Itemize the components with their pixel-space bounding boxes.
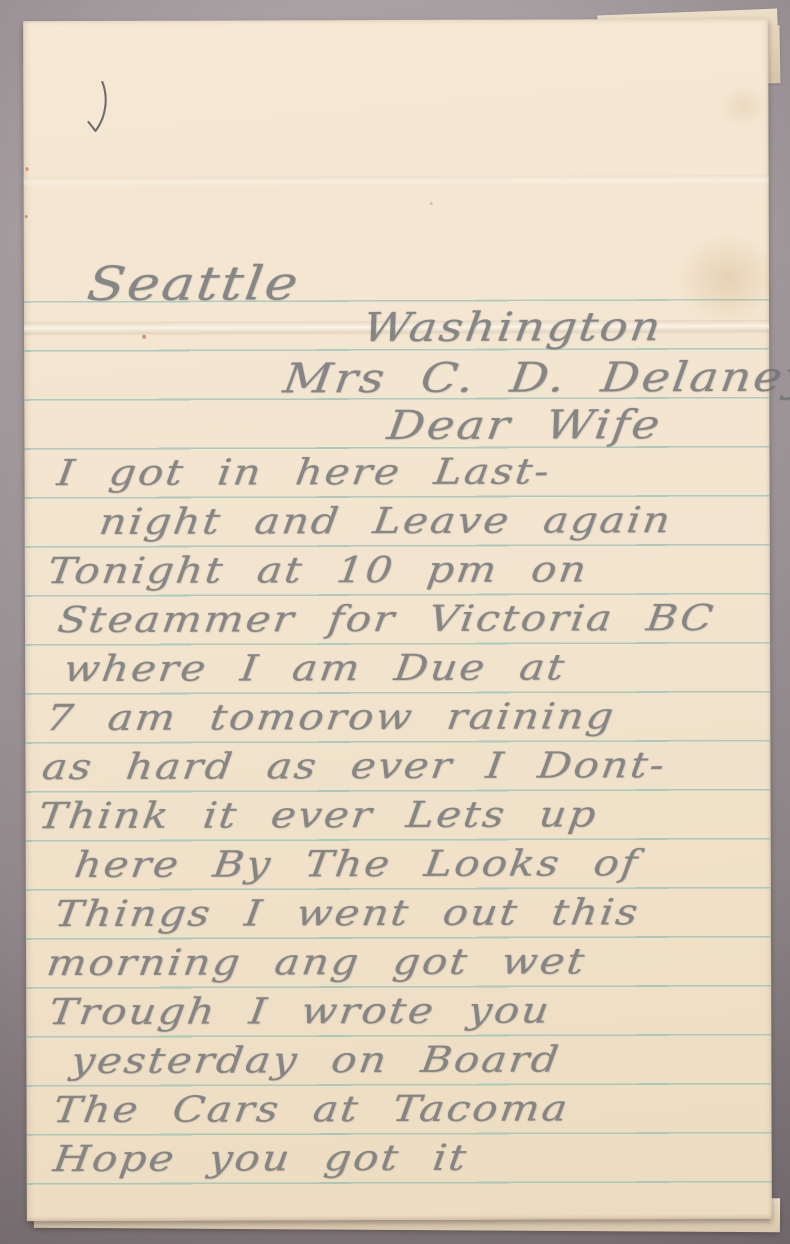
letter-line-19: Hope you got it bbox=[51, 1138, 471, 1180]
letter-line-7: Tonight at 10 pm on bbox=[45, 549, 591, 592]
letter-line-2: Washington bbox=[360, 304, 665, 351]
letter-line-10: 7 am tomorow raining bbox=[43, 696, 618, 739]
letter-line-9: where I am Due at bbox=[61, 647, 569, 690]
letter-line-5: I got in here Last- bbox=[55, 452, 554, 495]
letter-line-4: Dear Wife bbox=[384, 402, 664, 449]
letter-line-14: Things I went out this bbox=[52, 892, 642, 935]
letter-page: SeattleWashingtonMrs C. D. DelaneyDear W… bbox=[23, 19, 772, 1221]
letter-line-11: as hard as ever I Dont- bbox=[40, 745, 669, 788]
letter-line-15: morning ang got wet bbox=[44, 941, 589, 984]
letter-line-8: Steammer for Victoria BC bbox=[55, 598, 717, 641]
letter-line-12: Think it ever Lets up bbox=[36, 794, 601, 837]
letter-line-13: here By The Looks of bbox=[72, 843, 642, 886]
letter-lines: SeattleWashingtonMrs C. D. DelaneyDear W… bbox=[23, 19, 772, 1221]
photograph-of-letter: { "document_type": "handwritten-letter-p… bbox=[0, 0, 790, 1244]
letter-line-1: Seattle bbox=[84, 256, 303, 312]
letter-line-3: Mrs C. D. Delaney bbox=[280, 353, 790, 403]
letter-line-6: night and Leave again bbox=[97, 500, 675, 543]
letter-line-17: yesterday on Board bbox=[68, 1039, 563, 1082]
letter-line-16: Trough I wrote you bbox=[46, 991, 553, 1034]
letter-line-18: The Cars at Tacoma bbox=[51, 1088, 572, 1131]
